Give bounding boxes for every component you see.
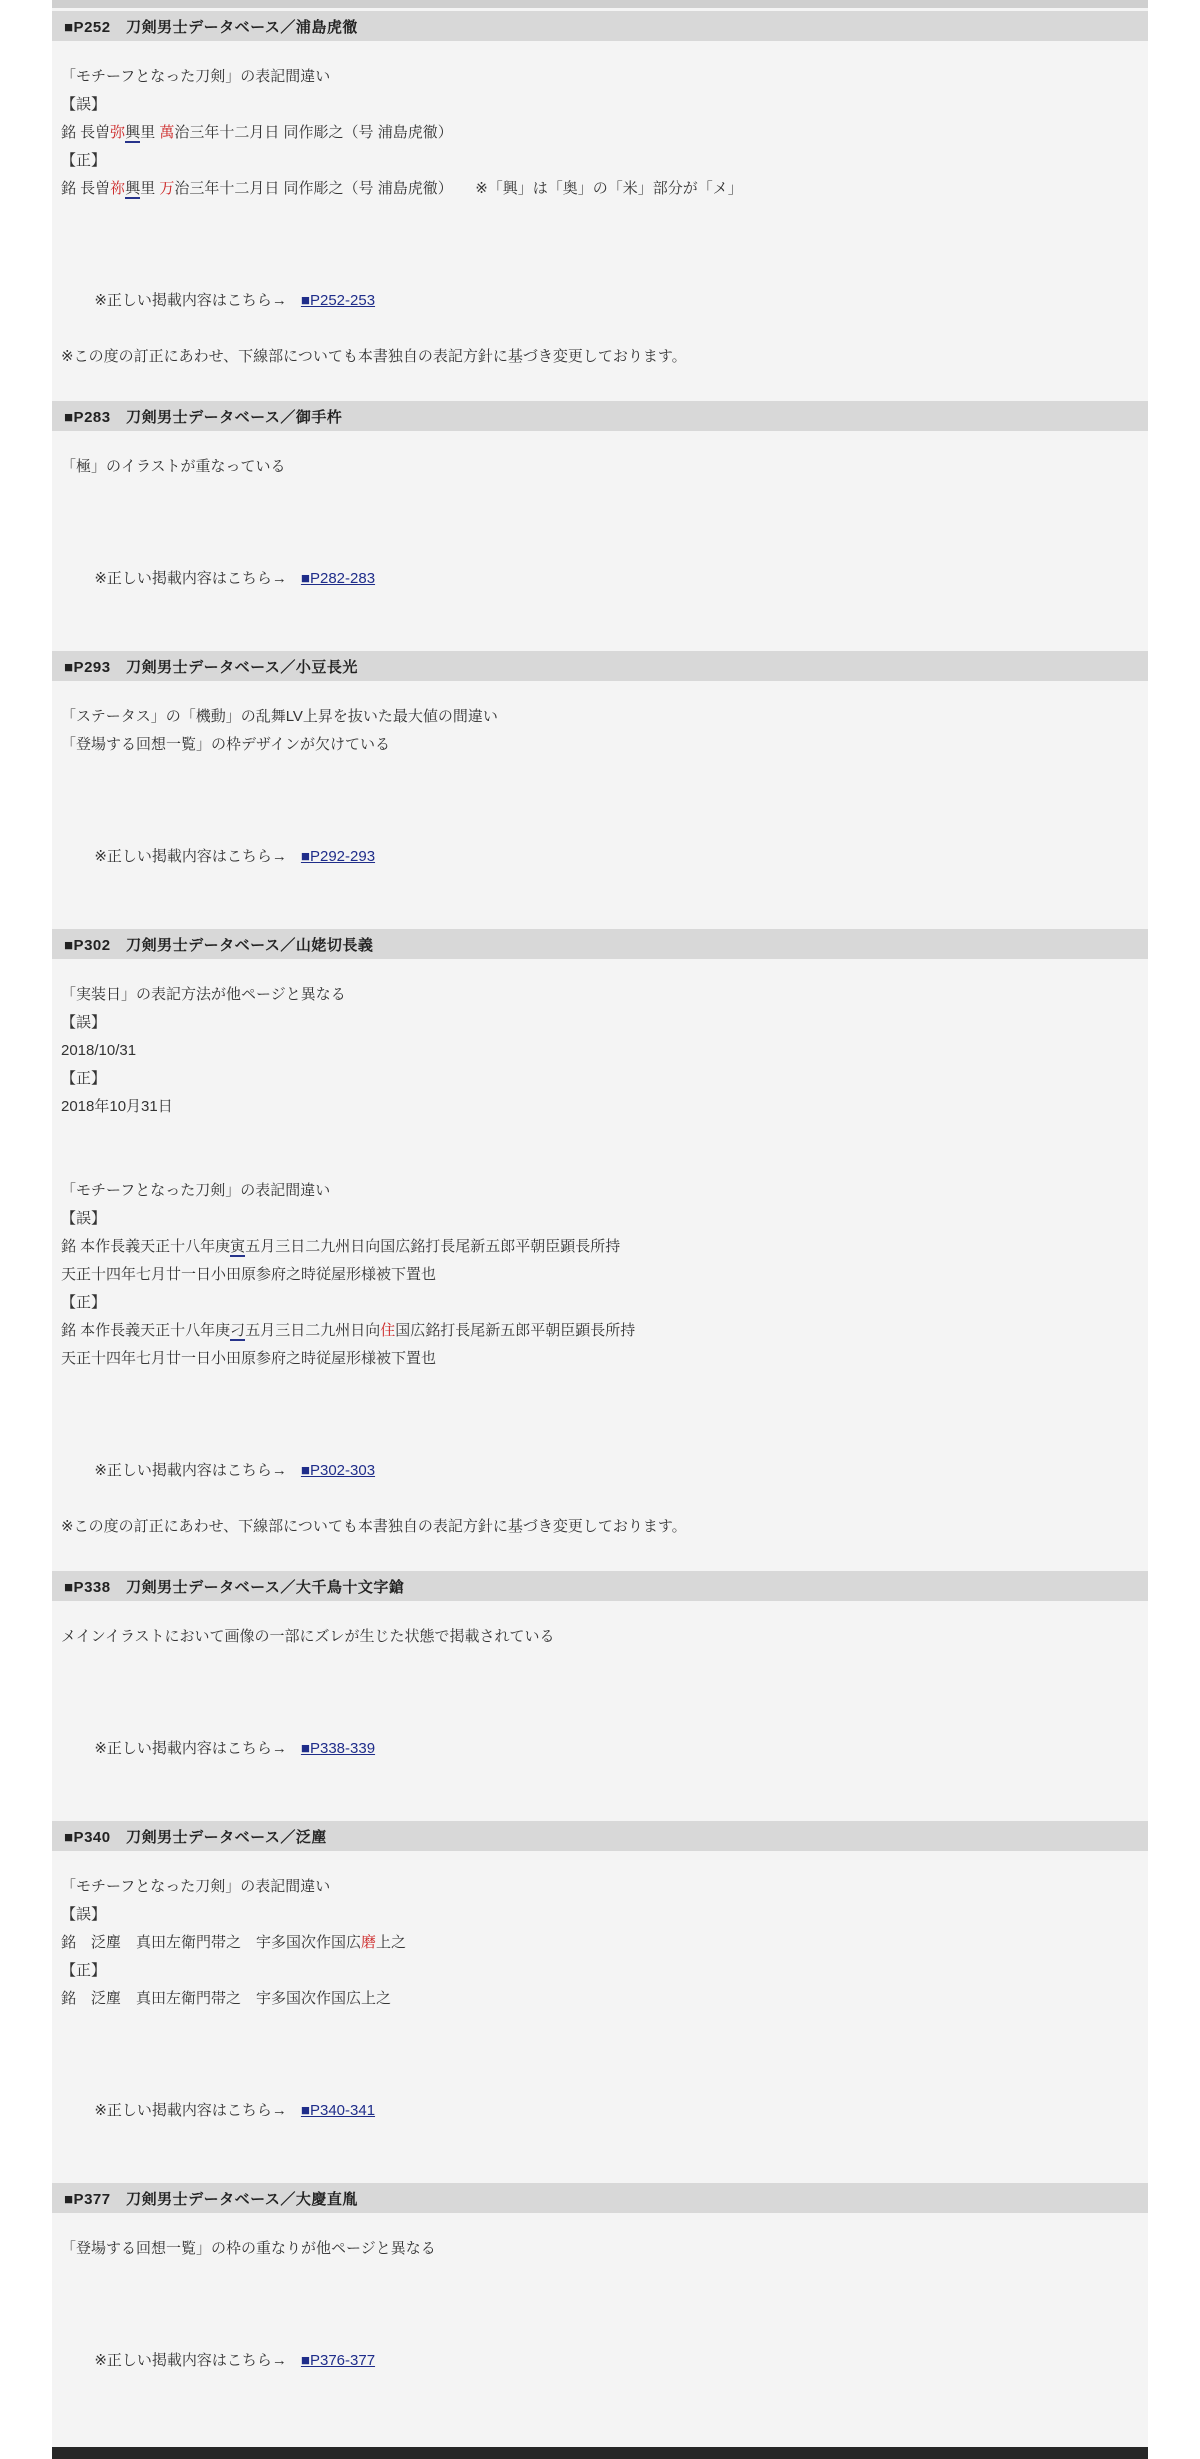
link-line: ※正しい掲載内容はこちら→■P376-377 <box>61 2319 1132 2403</box>
section-body: 「極」のイラストが重なっている ※正しい掲載内容はこちら→■P282-283 <box>52 431 1148 651</box>
text-segment: 治三年十二月日 同作彫之（号 浦島虎徹） <box>174 124 452 141</box>
text-segment: 【誤】 <box>61 1210 106 1227</box>
link-line: ※正しい掲載内容はこちら→■P252-253 <box>61 259 1132 343</box>
section-body: メインイラストにおいて画像の一部にズレが生じた状態で掲載されている ※正しい掲載… <box>52 1601 1148 1821</box>
text-segment: 銘 長曽 <box>61 124 110 141</box>
link-prefix: ※正しい掲載内容はこちら→ <box>94 1740 287 1757</box>
text-segment: 銘 泛塵 真田左衛門帯之 宇多国次作国広 <box>61 1934 361 1951</box>
underlined-char: 興 <box>125 180 140 199</box>
link-line: ※正しい掲載内容はこちら→■P282-283 <box>61 537 1132 621</box>
text-segment: 銘 泛塵 真田左衛門帯之 宇多国次作国広上之 <box>61 1990 391 2007</box>
link-prefix: ※正しい掲載内容はこちら→ <box>94 1462 287 1479</box>
section-header: ■P340 刀剣男士データベース／泛塵 <box>52 1821 1148 1851</box>
paragraph: 「登場する回想一覧」の枠の重なりが他ページと異なる <box>61 2235 1132 2263</box>
text-segment: 2018年10月31日 <box>61 1098 173 1115</box>
section-header-label: ■P283 刀剣男士データベース／御手杵 <box>64 406 342 427</box>
errata-section: ■P283 刀剣男士データベース／御手杵 「極」のイラストが重なっている ※正し… <box>52 401 1148 651</box>
errata-line: 銘 長曽弥興里 萬治三年十二月日 同作彫之（号 浦島虎徹） <box>61 119 1132 147</box>
page-link[interactable]: ■P376-377 <box>301 2352 375 2369</box>
errata-line: 「登場する回想一覧」の枠デザインが欠けている <box>61 731 1132 759</box>
errata-line: 「登場する回想一覧」の枠の重なりが他ページと異なる <box>61 2235 1132 2263</box>
errata-section: ■P293 刀剣男士データベース／小豆長光 「ステータス」の「機動」の乱舞LV上… <box>52 651 1148 929</box>
correction-char-red: 祢 <box>110 180 125 197</box>
text-segment: 【誤】 <box>61 1906 106 1923</box>
errata-line: 「モチーフとなった刀剣」の表記間違い <box>61 1873 1132 1901</box>
page-link[interactable]: ■P252-253 <box>301 292 375 309</box>
paragraph: 「ステータス」の「機動」の乱舞LV上昇を抜いた最大値の間違い「登場する回想一覧」… <box>61 703 1132 759</box>
page-link[interactable]: ■P340-341 <box>301 2102 375 2119</box>
text-segment: 里 <box>140 180 159 197</box>
errata-section: ■P302 刀剣男士データベース／山姥切長義 「実装日」の表記方法が他ページと異… <box>52 929 1148 1571</box>
link-prefix: ※正しい掲載内容はこちら→ <box>94 2102 287 2119</box>
errata-line: 「モチーフとなった刀剣」の表記間違い <box>61 1177 1132 1205</box>
text-segment: 五月三日二九州日向国広銘打長尾新五郎平朝臣顕長所持 <box>245 1238 620 1255</box>
paragraph: メインイラストにおいて画像の一部にズレが生じた状態で掲載されている <box>61 1623 1132 1651</box>
link-line: ※正しい掲載内容はこちら→■P340-341 <box>61 2069 1132 2153</box>
errata-section: ■P377 刀剣男士データベース／大慶直胤 「登場する回想一覧」の枠の重なりが他… <box>52 2183 1148 2433</box>
underlined-char: 興 <box>125 124 140 143</box>
text-segment: 【正】 <box>61 1070 106 1087</box>
text-segment: 「実装日」の表記方法が他ページと異なる <box>61 986 346 1003</box>
text-segment: 【正】 <box>61 1294 106 1311</box>
text-segment: 天正十四年七月廿一日小田原参府之時従屋形様被下置也 <box>61 1350 436 1367</box>
underlined-char: 寅 <box>230 1238 245 1257</box>
errata-line: 【誤】 <box>61 1205 1132 1233</box>
text-segment: 銘 長曽 <box>61 180 110 197</box>
text-segment: 「モチーフとなった刀剣」の表記間違い <box>61 1182 330 1199</box>
errata-line: 【正】 <box>61 1957 1132 1985</box>
top-partial-header-strip <box>52 0 1148 8</box>
section-body: 「登場する回想一覧」の枠の重なりが他ページと異なる ※正しい掲載内容はこちら→■… <box>52 2213 1148 2433</box>
correction-char-red: 弥 <box>110 124 125 141</box>
errata-line: 2018年10月31日 <box>61 1093 1132 1121</box>
text-segment: 「モチーフとなった刀剣」の表記間違い <box>61 68 330 85</box>
section-body: 「モチーフとなった刀剣」の表記間違い【誤】銘 泛塵 真田左衛門帯之 宇多国次作国… <box>52 1851 1148 2183</box>
link-line: ※正しい掲載内容はこちら→■P292-293 <box>61 815 1132 899</box>
link-line: ※正しい掲載内容はこちら→■P302-303 <box>61 1429 1132 1513</box>
section-header: ■P283 刀剣男士データベース／御手杵 <box>52 401 1148 431</box>
errata-line: 「実装日」の表記方法が他ページと異なる <box>61 981 1132 1009</box>
correction-char-red: 萬 <box>159 124 174 141</box>
section-header: ■P293 刀剣男士データベース／小豆長光 <box>52 651 1148 681</box>
paragraph: 「モチーフとなった刀剣」の表記間違い【誤】銘 長曽弥興里 萬治三年十二月日 同作… <box>61 63 1132 203</box>
errata-list: ■P252 刀剣男士データベース／浦島虎徹 「モチーフとなった刀剣」の表記間違い… <box>52 11 1148 2433</box>
correction-char-red: 住 <box>380 1322 395 1339</box>
section-header: ■P252 刀剣男士データベース／浦島虎徹 <box>52 11 1148 41</box>
text-segment: 「ステータス」の「機動」の乱舞LV上昇を抜いた最大値の間違い <box>61 708 498 725</box>
errata-page: ■P252 刀剣男士データベース／浦島虎徹 「モチーフとなった刀剣」の表記間違い… <box>52 0 1148 2459</box>
section-header-label: ■P377 刀剣男士データベース／大慶直胤 <box>64 2188 358 2209</box>
errata-line: 【正】 <box>61 1065 1132 1093</box>
link-prefix: ※正しい掲載内容はこちら→ <box>94 848 287 865</box>
text-segment: 「モチーフとなった刀剣」の表記間違い <box>61 1878 330 1895</box>
errata-line: 【誤】 <box>61 91 1132 119</box>
text-segment: 「登場する回想一覧」の枠の重なりが他ページと異なる <box>61 2240 436 2257</box>
page-link[interactable]: ■P302-303 <box>301 1462 375 1479</box>
text-segment: 天正十四年七月廿一日小田原参府之時従屋形様被下置也 <box>61 1266 436 1283</box>
text-segment: 銘 本作長義天正十八年庚 <box>61 1238 230 1255</box>
section-header-label: ■P302 刀剣男士データベース／山姥切長義 <box>64 934 373 955</box>
link-prefix: ※正しい掲載内容はこちら→ <box>94 570 287 587</box>
errata-line: 銘 本作長義天正十八年庚刁五月三日二九州日向住国広銘打長尾新五郎平朝臣顕長所持 <box>61 1317 1132 1345</box>
errata-line: 「ステータス」の「機動」の乱舞LV上昇を抜いた最大値の間違い <box>61 703 1132 731</box>
section-body: 「ステータス」の「機動」の乱舞LV上昇を抜いた最大値の間違い「登場する回想一覧」… <box>52 681 1148 929</box>
page-link[interactable]: ■P282-283 <box>301 570 375 587</box>
errata-line: 【正】 <box>61 1289 1132 1317</box>
errata-section: ■P340 刀剣男士データベース／泛塵 「モチーフとなった刀剣」の表記間違い【誤… <box>52 1821 1148 2183</box>
page-link[interactable]: ■P292-293 <box>301 848 375 865</box>
section-header-label: ■P340 刀剣男士データベース／泛塵 <box>64 1826 327 1847</box>
section-header-label: ■P252 刀剣男士データベース／浦島虎徹 <box>64 16 358 37</box>
text-segment: 【誤】 <box>61 1014 106 1031</box>
paragraph: 「実装日」の表記方法が他ページと異なる【誤】2018/10/31【正】2018年… <box>61 981 1132 1121</box>
revision-note: ※この度の訂正にあわせ、下線部についても本書独自の表記方針に基づき変更しておりま… <box>61 343 1132 371</box>
text-segment: 治三年十二月日 同作彫之（号 浦島虎徹） ※「興」は「奥」の「米」部分が「メ」 <box>174 180 742 197</box>
text-segment: 【誤】 <box>61 96 106 113</box>
errata-line: 天正十四年七月廿一日小田原参府之時従屋形様被下置也 <box>61 1345 1132 1373</box>
link-prefix: ※正しい掲載内容はこちら→ <box>94 2352 287 2369</box>
section-header: ■P338 刀剣男士データベース／大千鳥十文字鎗 <box>52 1571 1148 1601</box>
errata-line: 「極」のイラストが重なっている <box>61 453 1132 481</box>
text-segment: 【正】 <box>61 1962 106 1979</box>
text-segment: メインイラストにおいて画像の一部にズレが生じた状態で掲載されている <box>61 1628 555 1645</box>
correction-char-red: 万 <box>159 180 174 197</box>
section-header-label: ■P338 刀剣男士データベース／大千鳥十文字鎗 <box>64 1576 404 1597</box>
text-segment: 上之 <box>376 1934 406 1951</box>
errata-line: 【誤】 <box>61 1009 1132 1037</box>
text-segment: 「登場する回想一覧」の枠デザインが欠けている <box>61 736 390 753</box>
revision-note: ※この度の訂正にあわせ、下線部についても本書独自の表記方針に基づき変更しておりま… <box>61 1513 1132 1541</box>
paragraph: 「極」のイラストが重なっている <box>61 453 1132 481</box>
errata-line: 銘 長曽祢興里 万治三年十二月日 同作彫之（号 浦島虎徹） ※「興」は「奥」の「… <box>61 175 1132 203</box>
link-prefix: ※正しい掲載内容はこちら→ <box>94 292 287 309</box>
section-body: 「モチーフとなった刀剣」の表記間違い【誤】銘 長曽弥興里 萬治三年十二月日 同作… <box>52 41 1148 401</box>
section-header: ■P377 刀剣男士データベース／大慶直胤 <box>52 2183 1148 2213</box>
footer-bar <box>52 2447 1148 2459</box>
errata-line: 【誤】 <box>61 1901 1132 1929</box>
errata-line: 天正十四年七月廿一日小田原参府之時従屋形様被下置也 <box>61 1261 1132 1289</box>
section-header-label: ■P293 刀剣男士データベース／小豆長光 <box>64 656 358 677</box>
errata-line: メインイラストにおいて画像の一部にズレが生じた状態で掲載されている <box>61 1623 1132 1651</box>
errata-line: 2018/10/31 <box>61 1037 1132 1065</box>
link-line: ※正しい掲載内容はこちら→■P338-339 <box>61 1707 1132 1791</box>
underlined-char: 刁 <box>230 1322 245 1341</box>
correction-char-red: 磨 <box>361 1934 376 1951</box>
text-segment: 2018/10/31 <box>61 1042 136 1059</box>
text-segment: 里 <box>140 124 159 141</box>
errata-line: 銘 本作長義天正十八年庚寅五月三日二九州日向国広銘打長尾新五郎平朝臣顕長所持 <box>61 1233 1132 1261</box>
section-body: 「実装日」の表記方法が他ページと異なる【誤】2018/10/31【正】2018年… <box>52 959 1148 1571</box>
errata-line: 銘 泛塵 真田左衛門帯之 宇多国次作国広磨上之 <box>61 1929 1132 1957</box>
errata-section: ■P338 刀剣男士データベース／大千鳥十文字鎗 メインイラストにおいて画像の一… <box>52 1571 1148 1821</box>
errata-line: 「モチーフとなった刀剣」の表記間違い <box>61 63 1132 91</box>
page-link[interactable]: ■P338-339 <box>301 1740 375 1757</box>
text-segment: 【正】 <box>61 152 106 169</box>
text-segment: 五月三日二九州日向 <box>245 1322 380 1339</box>
errata-line: 銘 泛塵 真田左衛門帯之 宇多国次作国広上之 <box>61 1985 1132 2013</box>
paragraph: 「モチーフとなった刀剣」の表記間違い【誤】銘 泛塵 真田左衛門帯之 宇多国次作国… <box>61 1873 1132 2013</box>
errata-section: ■P252 刀剣男士データベース／浦島虎徹 「モチーフとなった刀剣」の表記間違い… <box>52 11 1148 401</box>
text-segment: 国広銘打長尾新五郎平朝臣顕長所持 <box>395 1322 635 1339</box>
text-segment: 「極」のイラストが重なっている <box>61 458 286 475</box>
section-header: ■P302 刀剣男士データベース／山姥切長義 <box>52 929 1148 959</box>
text-segment: 銘 本作長義天正十八年庚 <box>61 1322 230 1339</box>
errata-line: 【正】 <box>61 147 1132 175</box>
paragraph: 「モチーフとなった刀剣」の表記間違い【誤】銘 本作長義天正十八年庚寅五月三日二九… <box>61 1177 1132 1373</box>
